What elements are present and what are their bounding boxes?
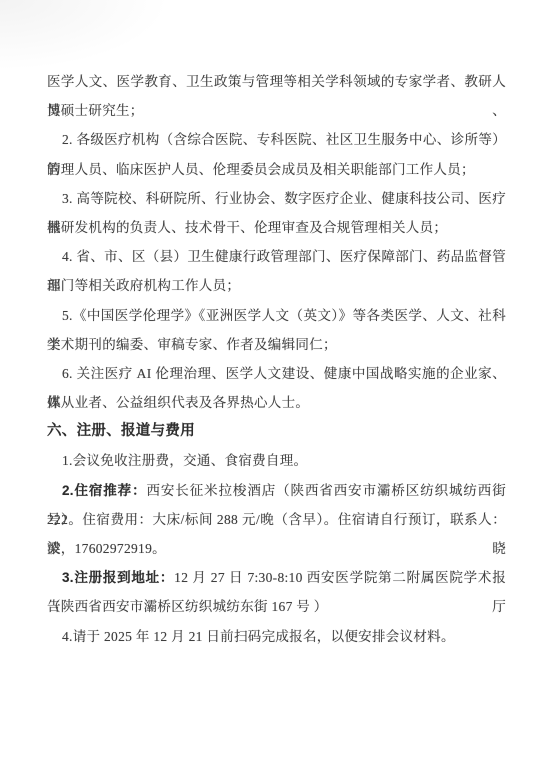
text-line: 4.请于 2025 年 12 月 21 日前扫码完成报名，以便安排会议材料。 [47,622,506,651]
text-segment: 波，17602972919。 [47,541,166,556]
text-line: 5.《中国医学伦理学》《亚洲医学人文（英文）》等各类医学、人文、社科类 [47,301,506,330]
text-line: 2.住宿推荐：西安长征米拉梭酒店（陕西省西安市灞桥区纺织城纺西街 222 [47,476,506,505]
text-segment: 1.会议免收注册费，交通、食宿费自理。 [62,453,307,468]
text-line: 体从业者、公益组织代表及各界热心人士。 [47,388,506,417]
text-segment: 3.注册报到地址： [62,570,174,585]
text-segment: 博硕士研究生； [47,103,144,118]
text-segment: 学术期刊的编委、审稿专家、作者及编辑同仁； [47,337,337,352]
text-line: 4. 省、市、区（县）卫生健康行政管理部门、医疗保障部门、药品监督管理 [47,242,506,271]
document-body: 医学人文、医学教育、卫生政策与管理等相关学科领域的专家学者、教研人员、博硕士研究… [47,67,506,651]
text-segment: 2.住宿推荐： [62,483,147,498]
text-segment: 部门等相关政府机构工作人员； [47,278,240,293]
text-segment: （陕西省西安市灞桥区纺织城纺东街 167 号 ） [47,599,328,614]
text-line: 学术期刊的编委、审稿专家、作者及编辑同仁； [47,330,506,359]
text-line: 部门等相关政府机构工作人员； [47,271,506,300]
text-segment: 4.请于 2025 年 12 月 21 日前扫码完成报名，以便安排会议材料。 [62,629,455,644]
text-line: 3. 高等院校、科研院所、行业协会、数字医疗企业、健康科技公司、医疗器 [47,184,506,213]
text-line: 医学人文、医学教育、卫生政策与管理等相关学科领域的专家学者、教研人员、 [47,67,506,96]
document-page: 医学人文、医学教育、卫生政策与管理等相关学科领域的专家学者、教研人员、博硕士研究… [0,0,553,782]
text-line: 号）。住宿费用：大床/标间 288 元/晚（含早）。住宿请自行预订，联系人：梁晓 [47,505,506,534]
text-segment: 械研发机构的负责人、技术骨干、伦理审查及合规管理相关人员； [47,220,447,235]
text-line: 1.会议免收注册费，交通、食宿费自理。 [47,446,506,475]
text-segment: 六、注册、报道与费用 [47,423,195,439]
text-segment: 管理人员、临床医护人员、伦理委员会成员及相关职能部门工作人员； [47,162,475,177]
section-heading: 六、注册、报道与费用 [47,417,506,446]
text-line: 械研发机构的负责人、技术骨干、伦理审查及合规管理相关人员； [47,213,506,242]
text-line: 6. 关注医疗 AI 伦理治理、医学人文建设、健康中国战略实施的企业家、媒 [47,359,506,388]
text-segment: 体从业者、公益组织代表及各界热心人士。 [47,395,309,410]
text-line: 管理人员、临床医护人员、伦理委员会成员及相关职能部门工作人员； [47,155,506,184]
text-line: 2. 各级医疗机构（含综合医院、专科医院、社区卫生服务中心、诊所等）的 [47,125,506,154]
text-line: 3.注册报到地址：12 月 27 日 7:30-8:10 西安医学院第二附属医院… [47,563,506,592]
